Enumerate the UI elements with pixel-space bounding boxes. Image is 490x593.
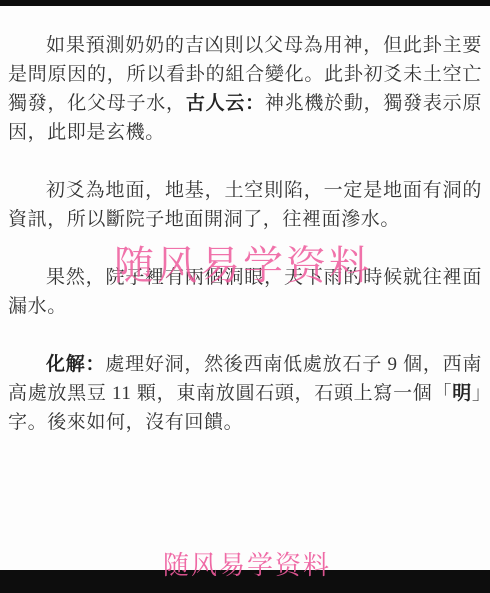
scan-edge-top [0, 0, 490, 6]
paragraph: 初爻為地面，地基，土空則陷，一定是地面有洞的資訊，所以斷院子地面開洞了，往裡面滲… [8, 176, 482, 234]
watermark-center: 随风易学资料 [114, 243, 376, 289]
bold-text: 明 [452, 383, 472, 404]
paragraph: 化解：處理好洞，然後西南低處放石子 9 個，西南高處放黑豆 11 顆，東南放圓石… [8, 350, 482, 437]
paragraph: 如果預測奶奶的吉凶則以父母為用神，但此卦主要是問原因的，所以看卦的組合變化。此卦… [8, 31, 482, 147]
body-text: 初爻為地面，地基，土空則陷，一定是地面有洞的資訊，所以斷院子地面開洞了，往裡面滲… [8, 180, 482, 230]
bold-text: 化解： [46, 354, 105, 375]
watermark-bottom: 随风易学资料 [163, 551, 333, 581]
bold-text: 古人云： [186, 93, 265, 114]
